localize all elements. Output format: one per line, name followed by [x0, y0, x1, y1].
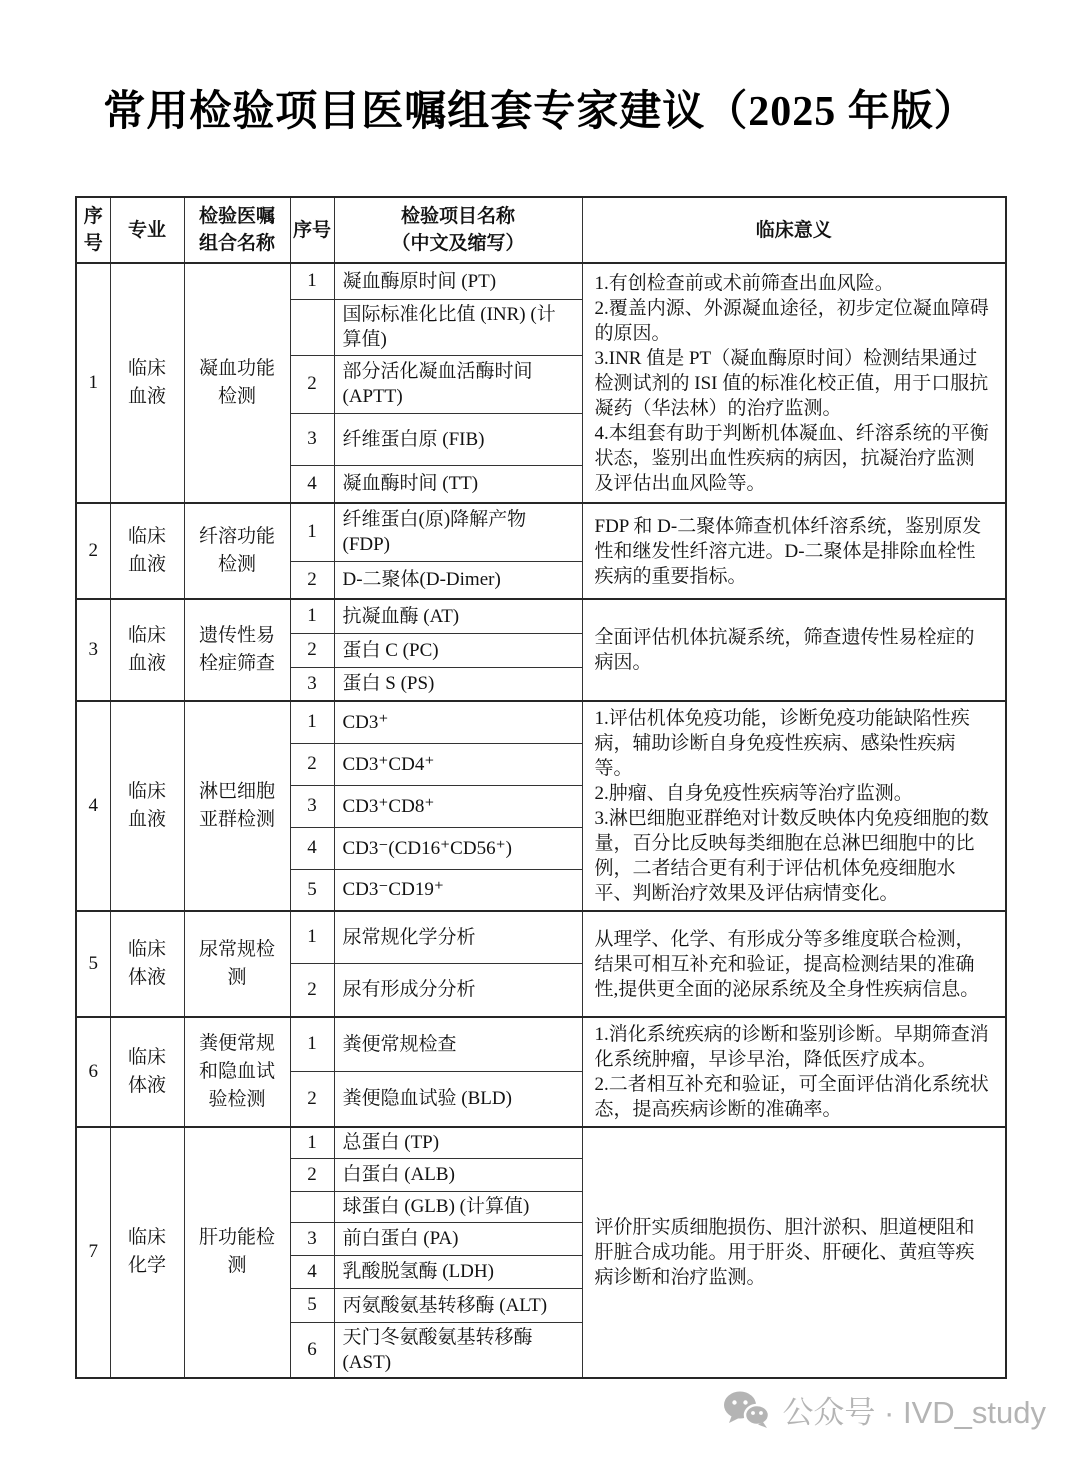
cell-item-name: 粪便常规检查	[334, 1017, 582, 1071]
cell-clinical-significance: 全面评估机体抗凝系统，筛查遗传性易栓症的病因。	[582, 599, 1006, 701]
cell-item-no: 6	[290, 1322, 334, 1378]
cell-panel-name: 纤溶功能检测	[184, 503, 290, 599]
header-no: 序号	[76, 197, 110, 263]
header-item-name: 检验项目名称 （中文及缩写）	[334, 197, 582, 263]
cell-panel-name: 凝血功能检测	[184, 263, 290, 503]
cell-clinical-significance: 1.有创检查前或术前筛查出血风险。 2.覆盖内源、外源凝血途径，初步定位凝血障碍…	[582, 263, 1006, 503]
table-row: 5临床体液尿常规检测1尿常规化学分析从理学、化学、有形成分等多维度联合检测，结果…	[76, 911, 1006, 963]
cell-item-no	[290, 1191, 334, 1222]
cell-item-no: 3	[290, 667, 334, 701]
cell-item-name: 抗凝血酶 (AT)	[334, 599, 582, 633]
cell-item-no: 2	[290, 355, 334, 413]
cell-panel-name: 尿常规检测	[184, 911, 290, 1017]
cell-specialty: 临床化学	[110, 1127, 184, 1378]
cell-item-no: 3	[290, 413, 334, 465]
cell-item-name: 总蛋白 (TP)	[334, 1127, 582, 1158]
table-row: 1临床血液凝血功能检测1凝血酶原时间 (PT)1.有创检查前或术前筛查出血风险。…	[76, 263, 1006, 299]
cell-specialty: 临床血液	[110, 263, 184, 503]
cell-item-no: 2	[290, 743, 334, 785]
cell-panel-name: 粪便常规和隐血试验检测	[184, 1017, 290, 1127]
cell-item-name: 丙氨酸氨基转移酶 (ALT)	[334, 1288, 582, 1322]
cell-item-name: 纤维蛋白(原)降解产物 (FDP)	[334, 503, 582, 561]
header-item-no: 序号	[290, 197, 334, 263]
header-specialty: 专业	[110, 197, 184, 263]
cell-section-no: 7	[76, 1127, 110, 1378]
cell-item-name: CD3⁺	[334, 701, 582, 743]
cell-item-name: 蛋白 S (PS)	[334, 667, 582, 701]
cell-section-no: 6	[76, 1017, 110, 1127]
cell-item-no: 5	[290, 1288, 334, 1322]
cell-item-no: 2	[290, 561, 334, 599]
table-row: 6临床体液粪便常规和隐血试验检测1粪便常规检查1.消化系统疾病的诊断和鉴别诊断。…	[76, 1017, 1006, 1071]
orders-table-body: 1临床血液凝血功能检测1凝血酶原时间 (PT)1.有创检查前或术前筛查出血风险。…	[76, 263, 1006, 1378]
cell-specialty: 临床体液	[110, 1017, 184, 1127]
cell-item-no: 2	[290, 1071, 334, 1127]
wechat-icon	[722, 1390, 770, 1430]
cell-item-name: CD3⁺CD8⁺	[334, 785, 582, 827]
cell-item-name: 蛋白 C (PC)	[334, 633, 582, 667]
table-row: 3临床血液遗传性易栓症筛查1抗凝血酶 (AT)全面评估机体抗凝系统，筛查遗传性易…	[76, 599, 1006, 633]
cell-section-no: 5	[76, 911, 110, 1017]
cell-panel-name: 淋巴细胞亚群检测	[184, 701, 290, 911]
cell-item-name: 天门冬氨酸氨基转移酶 (AST)	[334, 1322, 582, 1378]
cell-section-no: 2	[76, 503, 110, 599]
cell-item-no: 5	[290, 869, 334, 911]
cell-item-no: 4	[290, 465, 334, 503]
cell-item-no: 4	[290, 827, 334, 869]
cell-item-name: CD3⁺CD4⁺	[334, 743, 582, 785]
cell-item-no: 1	[290, 1017, 334, 1071]
cell-item-name: 粪便隐血试验 (BLD)	[334, 1071, 582, 1127]
cell-item-no: 1	[290, 701, 334, 743]
cell-panel-name: 遗传性易栓症筛查	[184, 599, 290, 701]
watermark-text: 公众号 · IVD_study	[782, 1387, 1046, 1432]
cell-specialty: 临床血液	[110, 701, 184, 911]
cell-item-no: 1	[290, 1127, 334, 1158]
table-row: 7临床化学肝功能检测1总蛋白 (TP)评价肝实质细胞损伤、胆汁淤积、胆道梗阻和肝…	[76, 1127, 1006, 1158]
table-header-row: 序号 专业 检验医嘱 组合名称 序号 检验项目名称 （中文及缩写） 临床意义	[76, 197, 1006, 263]
cell-item-no: 2	[290, 633, 334, 667]
cell-item-no: 2	[290, 963, 334, 1017]
cell-item-name: 白蛋白 (ALB)	[334, 1158, 582, 1191]
cell-item-name: 前白蛋白 (PA)	[334, 1222, 582, 1255]
header-panel-name: 检验医嘱 组合名称	[184, 197, 290, 263]
cell-item-name: 乳酸脱氢酶 (LDH)	[334, 1255, 582, 1288]
cell-item-no: 4	[290, 1255, 334, 1288]
table-row: 4临床血液淋巴细胞亚群检测1CD3⁺1.评估机体免疫功能，诊断免疫功能缺陷性疾病…	[76, 701, 1006, 743]
cell-section-no: 1	[76, 263, 110, 503]
cell-item-no: 1	[290, 263, 334, 299]
cell-section-no: 3	[76, 599, 110, 701]
cell-item-name: D-二聚体(D-Dimer)	[334, 561, 582, 599]
cell-clinical-significance: 1.消化系统疾病的诊断和鉴别诊断。早期筛查消化系统肿瘤，早诊早治，降低医疗成本。…	[582, 1017, 1006, 1127]
cell-item-no: 2	[290, 1158, 334, 1191]
cell-item-name: 部分活化凝血活酶时间 (APTT)	[334, 355, 582, 413]
cell-item-name: 凝血酶时间 (TT)	[334, 465, 582, 503]
cell-item-name: 尿常规化学分析	[334, 911, 582, 963]
header-clinical-significance: 临床意义	[582, 197, 1006, 263]
cell-item-name: 尿有形成分分析	[334, 963, 582, 1017]
cell-clinical-significance: 评价肝实质细胞损伤、胆汁淤积、胆道梗阻和肝脏合成功能。用于肝炎、肝硬化、黄疸等疾…	[582, 1127, 1006, 1378]
cell-item-name: 球蛋白 (GLB) (计算值)	[334, 1191, 582, 1222]
cell-item-no: 1	[290, 503, 334, 561]
cell-panel-name: 肝功能检测	[184, 1127, 290, 1378]
cell-item-name: 国际标准化比值 (INR) (计算值)	[334, 299, 582, 355]
cell-specialty: 临床血液	[110, 503, 184, 599]
watermark: 公众号 · IVD_study	[722, 1387, 1046, 1432]
cell-item-no: 3	[290, 785, 334, 827]
cell-clinical-significance: FDP 和 D-二聚体筛查机体纤溶系统，鉴别原发性和继发性纤溶亢进。D-二聚体是…	[582, 503, 1006, 599]
table-row: 2临床血液纤溶功能检测1纤维蛋白(原)降解产物 (FDP)FDP 和 D-二聚体…	[76, 503, 1006, 561]
page-title: 常用检验项目医嘱组套专家建议（2025 年版）	[0, 78, 1080, 138]
cell-item-name: 凝血酶原时间 (PT)	[334, 263, 582, 299]
orders-table: 序号 专业 检验医嘱 组合名称 序号 检验项目名称 （中文及缩写） 临床意义 1…	[75, 196, 1007, 1379]
cell-clinical-significance: 1.评估机体免疫功能，诊断免疫功能缺陷性疾病，辅助诊断自身免疫性疾病、感染性疾病…	[582, 701, 1006, 911]
cell-item-no	[290, 299, 334, 355]
cell-specialty: 临床血液	[110, 599, 184, 701]
cell-item-no: 1	[290, 599, 334, 633]
cell-item-no: 1	[290, 911, 334, 963]
cell-item-name: CD3⁻(CD16⁺CD56⁺)	[334, 827, 582, 869]
cell-clinical-significance: 从理学、化学、有形成分等多维度联合检测，结果可相互补充和验证，提高检测结果的准确…	[582, 911, 1006, 1017]
cell-specialty: 临床体液	[110, 911, 184, 1017]
cell-item-name: 纤维蛋白原 (FIB)	[334, 413, 582, 465]
cell-item-no: 3	[290, 1222, 334, 1255]
cell-item-name: CD3⁻CD19⁺	[334, 869, 582, 911]
cell-section-no: 4	[76, 701, 110, 911]
